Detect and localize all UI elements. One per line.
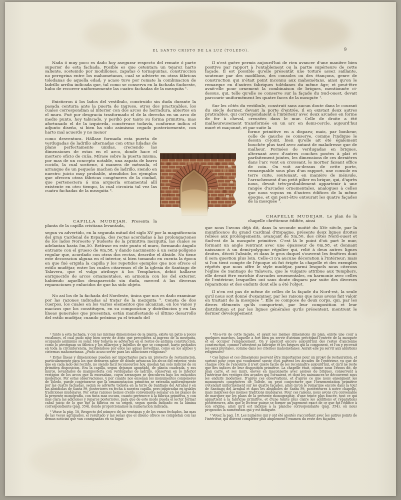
footnotes-fr: ¹ Vis-à-vis de cette façade, et ayant le… xyxy=(205,333,357,425)
paragraphs-fr-3-4: que nous l'avons déjà dit, dans la secon… xyxy=(205,226,357,324)
footnote-es-3: ³ Véase la pág. 18. Respecto del número … xyxy=(45,411,196,422)
paragraph-es-2: Existieron á los lados del vestíbulo, co… xyxy=(45,100,196,137)
paragraph-fr-1: Il n'est guère permis aujourd'hui de rie… xyxy=(205,61,357,103)
paragraph-es-3: segun va advertido, en la segunda mitad … xyxy=(45,231,196,290)
foxing-stain xyxy=(84,22,130,48)
footnote-es-2: ² Estas líneas y dimensiones pueden ser … xyxy=(45,356,196,409)
foxing-stain xyxy=(140,6,270,48)
horseshoe-arch-illustration xyxy=(158,151,243,217)
foxing-stain xyxy=(280,16,350,50)
paragraph-es-2-continued: como desventura. Hállase formada esta pu… xyxy=(45,137,157,207)
page-number: 9 xyxy=(344,47,354,54)
scanned-book-page: { "header": { "running_title": "EL SANTO… xyxy=(0,0,401,500)
paragraph-fr-2-continued: forme primitive en a disparu; mais, par … xyxy=(248,130,357,216)
footnote-es-1: ¹ Junto á esta fachada, y con las mismas… xyxy=(45,333,196,354)
footnotes-es: ¹ Junto á esta fachada, y con las mismas… xyxy=(45,333,196,431)
paragraph-fr-2: Sur les côtés du vestibule, construit sa… xyxy=(205,104,357,133)
plate-image-horseshoe-arch xyxy=(158,151,243,217)
foxing-stain xyxy=(30,440,140,480)
paragraph-fr-3: que nous l'avons déjà dit, dans la secon… xyxy=(205,226,357,287)
paragraph-es-4: No así los de la fachada del Nordeste, ú… xyxy=(45,294,196,324)
footnote-fr-2: ² Ces lignes et ces dimensions peuvent ê… xyxy=(205,356,357,412)
footnote-fr-3: ³ Voyez la pag. 18. Les numéros qui y on… xyxy=(205,414,357,421)
paragraph-fr-4: Il n'en est pas de même de celles de la … xyxy=(205,290,357,316)
running-title: EL SANTO CRISTO DE LA LUZ (TOLEDO). xyxy=(111,48,291,55)
paragraph-es-1: Nada ó muy poco es dado hoy asegurar res… xyxy=(45,61,196,94)
footnote-fr-1: ¹ Vis-à-vis de cette façade, et ayant le… xyxy=(205,333,357,354)
